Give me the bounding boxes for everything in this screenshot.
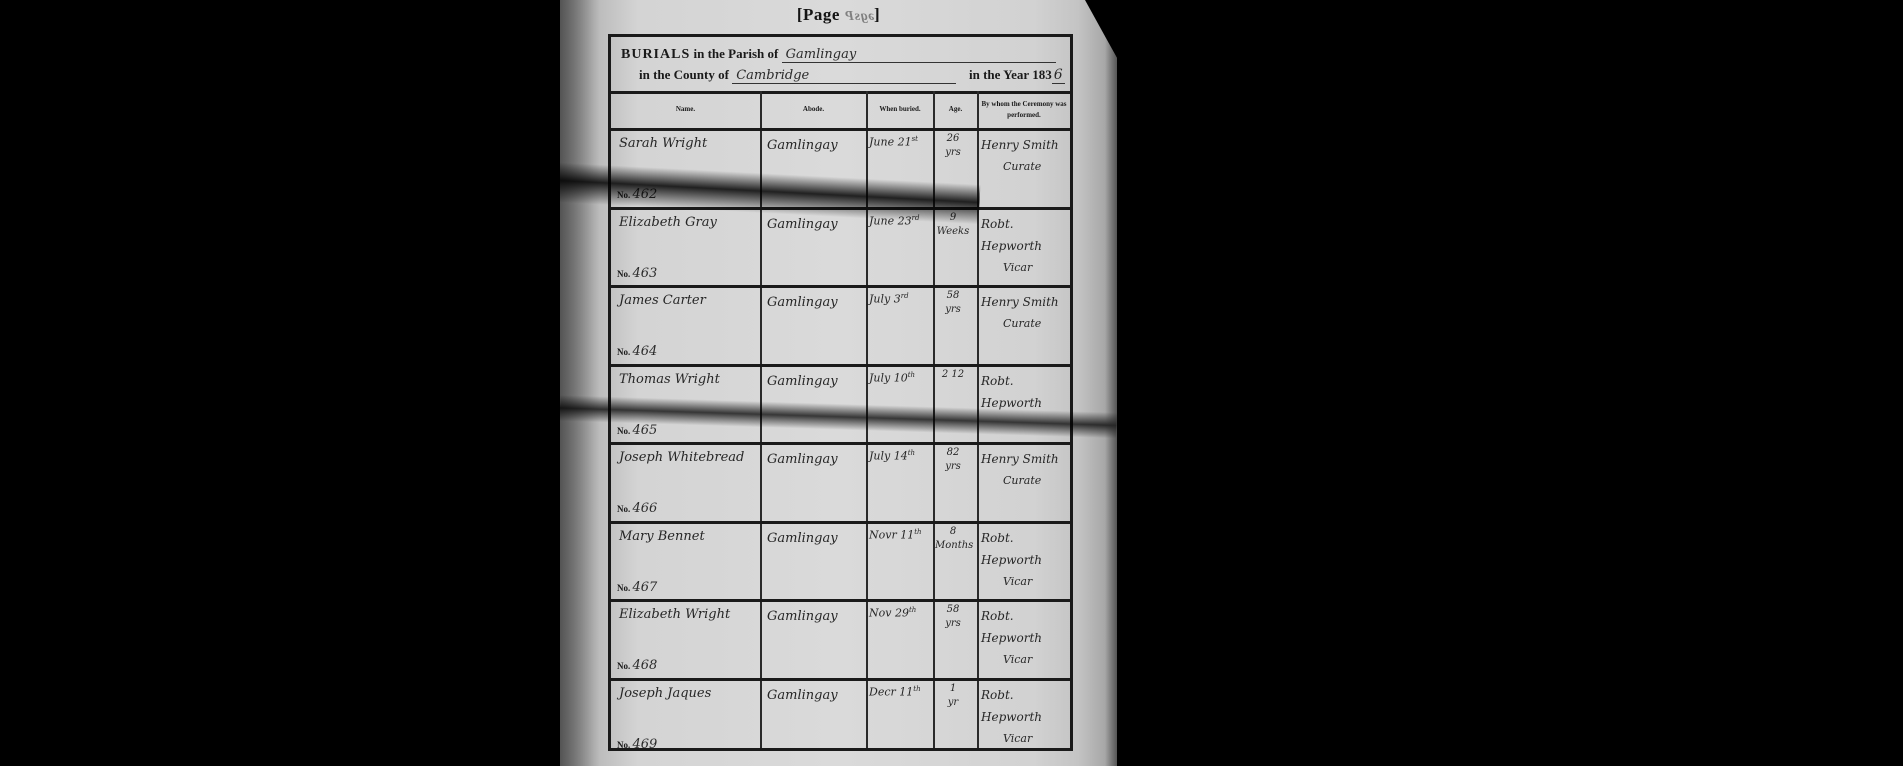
entry-age: 2 12 (935, 368, 971, 447)
row-divider (611, 678, 1070, 681)
register-entry-row: Sarah Wright Gamlingay June 21st 26yrs H… (611, 128, 1070, 207)
register-entry-row: Elizabeth Wright Gamlingay Nov 29th 58yr… (611, 599, 1070, 678)
entry-number: No. 462 (617, 187, 657, 202)
entry-when-buried: July 3rd (869, 292, 909, 371)
entry-number: No. 468 (617, 658, 657, 673)
entry-abode: Gamlingay (767, 138, 838, 217)
county-value: Cambridge (732, 68, 956, 84)
entry-age: 82yrs (935, 446, 971, 525)
page-number-bleedthrough: əgsP (845, 9, 874, 25)
column-header-abode: Abode. (761, 91, 866, 128)
register-entry-row: Joseph Jaques Gamlingay Decr 11th 1yr Ro… (611, 678, 1070, 757)
entry-when-buried: Nov 29th (869, 606, 916, 685)
year-line: in the Year 1836 (969, 67, 1065, 83)
entry-age: 1yr (935, 682, 971, 761)
register-entry-row: Elizabeth Gray Gamlingay June 23rd 9Week… (611, 207, 1070, 286)
entry-when-buried: Decr 11th (869, 685, 921, 764)
entry-officiant: Robt. HepworthVicar (981, 527, 1071, 606)
entry-name: Joseph Whitebread (619, 450, 744, 529)
entry-abode: Gamlingay (767, 609, 838, 688)
entry-name: Joseph Jaques (619, 686, 711, 765)
register-page: [Page əgsP] BURIALS in the Parish of Gam… (560, 0, 1117, 766)
entry-name: Sarah Wright (619, 136, 707, 215)
row-divider (611, 599, 1070, 602)
entry-when-buried: July 10th (869, 371, 915, 450)
entry-age: 8Months (935, 525, 971, 604)
column-header-name: Name. (611, 91, 760, 128)
page-number-header: [Page əgsP] (560, 5, 1117, 25)
entry-when-buried: June 23rd (869, 214, 919, 293)
row-divider (611, 207, 1070, 210)
parish-value: Gamlingay (782, 47, 1056, 63)
column-header-officiant: By whom the Ceremony was performed. (978, 91, 1070, 128)
entry-name: James Carter (619, 293, 706, 372)
title-burials: BURIALS (621, 47, 690, 62)
entry-number: No. 465 (617, 423, 657, 438)
parish-label: in the Parish of (694, 46, 779, 61)
entry-name: Elizabeth Gray (619, 215, 717, 294)
entry-number: No. 469 (617, 737, 657, 752)
entry-when-buried: Novr 11th (869, 528, 922, 607)
parish-line: BURIALS in the Parish of Gamlingay (621, 46, 1056, 63)
entry-number: No. 467 (617, 580, 657, 595)
entry-abode: Gamlingay (767, 688, 838, 766)
entry-officiant: Robt. HepworthVicar (981, 213, 1071, 292)
entry-age: 58yrs (935, 603, 971, 682)
entry-officiant: Robt. HepworthVicar (981, 684, 1071, 763)
entry-officiant: Henry SmithCurate (981, 134, 1071, 213)
register-entry-row: James Carter Gamlingay July 3rd 58yrs He… (611, 285, 1070, 364)
row-divider (611, 442, 1070, 445)
entry-abode: Gamlingay (767, 295, 838, 374)
register-entry-row: Joseph Whitebread Gamlingay July 14th 82… (611, 442, 1070, 521)
row-divider (611, 521, 1070, 524)
entry-officiant: Henry SmithCurate (981, 291, 1071, 370)
entry-when-buried: June 21st (869, 135, 918, 214)
page-label-close: ] (874, 5, 880, 24)
row-divider (611, 285, 1070, 288)
page-label: [Page (797, 5, 840, 24)
row-divider (611, 364, 1070, 367)
burial-register-table: BURIALS in the Parish of Gamlingay in th… (608, 34, 1073, 751)
entry-age: 58yrs (935, 289, 971, 368)
entry-abode: Gamlingay (767, 217, 838, 296)
entry-name: Elizabeth Wright (619, 607, 730, 686)
county-label: in the County of (639, 67, 729, 82)
entry-when-buried: July 14th (869, 449, 915, 528)
entry-name: Mary Bennet (619, 529, 705, 608)
year-label: in the Year 183 (969, 67, 1052, 82)
county-line: in the County of Cambridge (639, 67, 956, 84)
entry-number: No. 464 (617, 344, 657, 359)
entry-officiant: Robt. HepworthVicar (981, 605, 1071, 684)
entry-name: Thomas Wright (619, 372, 720, 451)
register-entry-row: Thomas Wright Gamlingay July 10th 2 12 R… (611, 364, 1070, 443)
entry-number: No. 466 (617, 501, 657, 516)
entry-abode: Gamlingay (767, 374, 838, 453)
entry-age: 9Weeks (935, 211, 971, 290)
entry-officiant: Robt. Hepworth (981, 370, 1071, 449)
entry-abode: Gamlingay (767, 452, 838, 531)
register-grid: Name. Abode. When buried. Age. By whom t… (611, 91, 1070, 748)
entry-number: No. 463 (617, 266, 657, 281)
entry-abode: Gamlingay (767, 531, 838, 610)
register-title: BURIALS in the Parish of Gamlingay in th… (611, 37, 1070, 94)
row-divider (611, 128, 1070, 131)
column-header-when-buried: When buried. (867, 91, 933, 128)
year-digit: 6 (1052, 67, 1065, 84)
entry-age: 26yrs (935, 132, 971, 211)
entry-officiant: Henry SmithCurate (981, 448, 1071, 527)
register-entry-row: Mary Bennet Gamlingay Novr 11th 8Months … (611, 521, 1070, 600)
column-header-age: Age. (934, 91, 977, 128)
